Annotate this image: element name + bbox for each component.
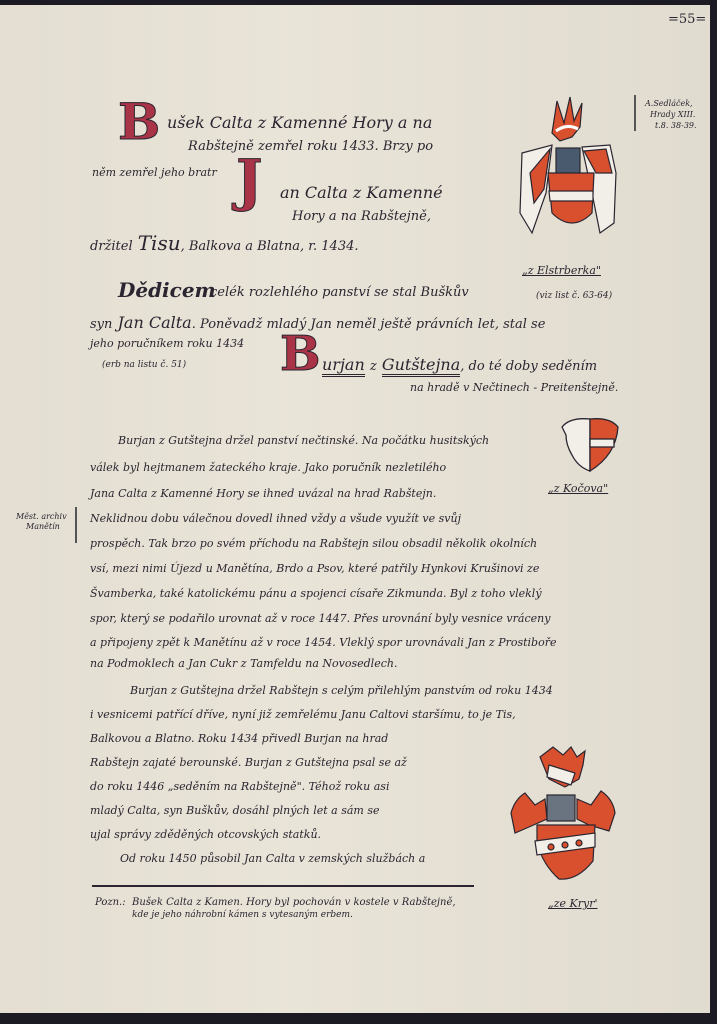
initial-letter-j: J (236, 153, 263, 209)
heir-ref-note: (viz list č. 63-64) (536, 292, 612, 301)
heir-word: Dědicem (118, 280, 216, 300)
paragraph-1-line-9: a připojeny zpět k Manětínu až v roce 14… (90, 637, 557, 648)
footnote-line-1: Bušek Calta z Kamen. Hory byl pochován v… (132, 898, 456, 908)
paragraph-2-line-5: do roku 1446 „seděním na Rabštejně". Téh… (90, 781, 389, 792)
intro-line-3: něm zemřel jeho bratr (92, 167, 217, 178)
burjan-place: Gutštejna (382, 355, 460, 377)
paragraph-2-line-4: Rabštejn zajaté berounské. Burjan z Gutš… (90, 757, 407, 768)
margin-note-ref-3: t.8. 38-39. (655, 122, 697, 130)
page-number: =55= (668, 13, 706, 26)
intro-place-tisu: Tisu (138, 231, 181, 255)
paragraph-1-line-4: Neklidnou dobu válečnou dovedl ihned vžd… (90, 513, 461, 524)
heir-syn: syn (90, 317, 112, 332)
burjan-name: urjan (322, 355, 365, 377)
intro-line-2: Rabštejně zemřel roku 1433. Brzy po (188, 140, 433, 153)
burjan-heading: urjan z Gutštejna, do té doby seděním (322, 355, 597, 374)
paragraph-1-line-6: vsí, mezi nimi Újezd u Manětína, Brdo a … (90, 563, 539, 574)
document-page: =55= A.Sedláček, Hrady XIII. t.8. 38-39.… (0, 5, 710, 1013)
paragraph-1-line-8: spor, který se podařilo urovnat až v roc… (90, 613, 550, 624)
footnote-divider (92, 885, 474, 887)
heir-line-2-rest: . Poněvadž mladý Jan neměl ještě právníc… (192, 317, 546, 332)
paragraph-1-line-10: na Podmoklech a Jan Cukr z Tamfeldu na N… (90, 658, 397, 669)
burjan-line-2: na hradě v Nečtinech - Preitenštejně. (410, 382, 618, 393)
intro-holder-label: držitel (90, 239, 133, 254)
heir-line-1: celék rozlehlého panství se stal Buškův (210, 286, 469, 299)
coat-of-arms-kryr-icon (505, 743, 620, 883)
paragraph-1-line-5: prospěch. Tak brzo po svém příchodu na R… (90, 538, 537, 549)
crest-caption-kryr: „ze Kryr' (548, 898, 597, 909)
margin-bar (634, 95, 636, 131)
crest-caption-elstrberk: „z Elstrberka" (522, 265, 601, 276)
initial-letter-b-burjan: B (280, 330, 321, 378)
burjan-z: z (370, 359, 377, 374)
coat-of-arms-kocov-icon (558, 415, 622, 473)
intro-line-6: držitel Tisu, Balkova a Blatna, r. 1434. (90, 233, 359, 254)
margin-note-ref-1: A.Sedláček, (645, 100, 693, 108)
intro-line-4: an Calta z Kamenné (280, 185, 443, 201)
paragraph-1-line-7: Švamberka, také katolickému pánu a spoje… (90, 588, 542, 599)
coat-of-arms-elstrberk-icon (512, 93, 622, 243)
paragraph-1-line-1: Burjan z Gutštejna držel panství nečtins… (118, 435, 489, 446)
margin-note-ref-2: Hrady XIII. (650, 111, 695, 119)
intro-line-6-rest: , Balkova a Blatna, r. 1434. (181, 239, 359, 254)
paragraph-2-line-7: ujal správy zděděných otcovských statků. (90, 829, 321, 840)
margin-bar-left (75, 507, 77, 543)
footnote-label: Pozn.: (95, 898, 126, 908)
paragraph-1-line-3: Jana Calta z Kamenné Hory se ihned uváza… (90, 488, 436, 499)
crest-reference-note: (erb na listu č. 51) (102, 361, 186, 370)
intro-line-1: ušek Calta z Kamenné Hory a na (167, 115, 432, 131)
burjan-rest: , do té doby seděním (460, 359, 597, 374)
footnote-line-2: kde je jeho náhrobní kámen s vytesaným e… (132, 911, 353, 920)
paragraph-2-line-3: Balkovou a Blatno. Roku 1434 přivedl Bur… (90, 733, 388, 744)
margin-note-archive-1: Měst. archiv (16, 513, 67, 521)
initial-letter-b: B (118, 97, 160, 147)
paragraph-3-line-1: Od roku 1450 působil Jan Calta v zemskýc… (120, 853, 425, 864)
paragraph-2-line-1: Burjan z Gutštejna držel Rabštejn s celý… (130, 685, 553, 696)
paragraph-2-line-2: i vesnicemi patřící dříve, nyní již zemř… (90, 709, 516, 720)
crest-caption-kocov: „z Kočova" (548, 483, 608, 494)
heir-name: Jan Calta (117, 313, 191, 332)
margin-note-archive-2: Manětín (26, 523, 60, 531)
paragraph-2-line-6: mladý Calta, syn Buškův, dosáhl plných l… (90, 805, 379, 816)
intro-line-5: Hory a na Rabštejně, (292, 210, 431, 223)
heir-line-3: jeho poručníkem roku 1434 (90, 338, 244, 349)
paragraph-1-line-2: válek byl hejtmanem žateckého kraje. Jak… (90, 462, 446, 473)
